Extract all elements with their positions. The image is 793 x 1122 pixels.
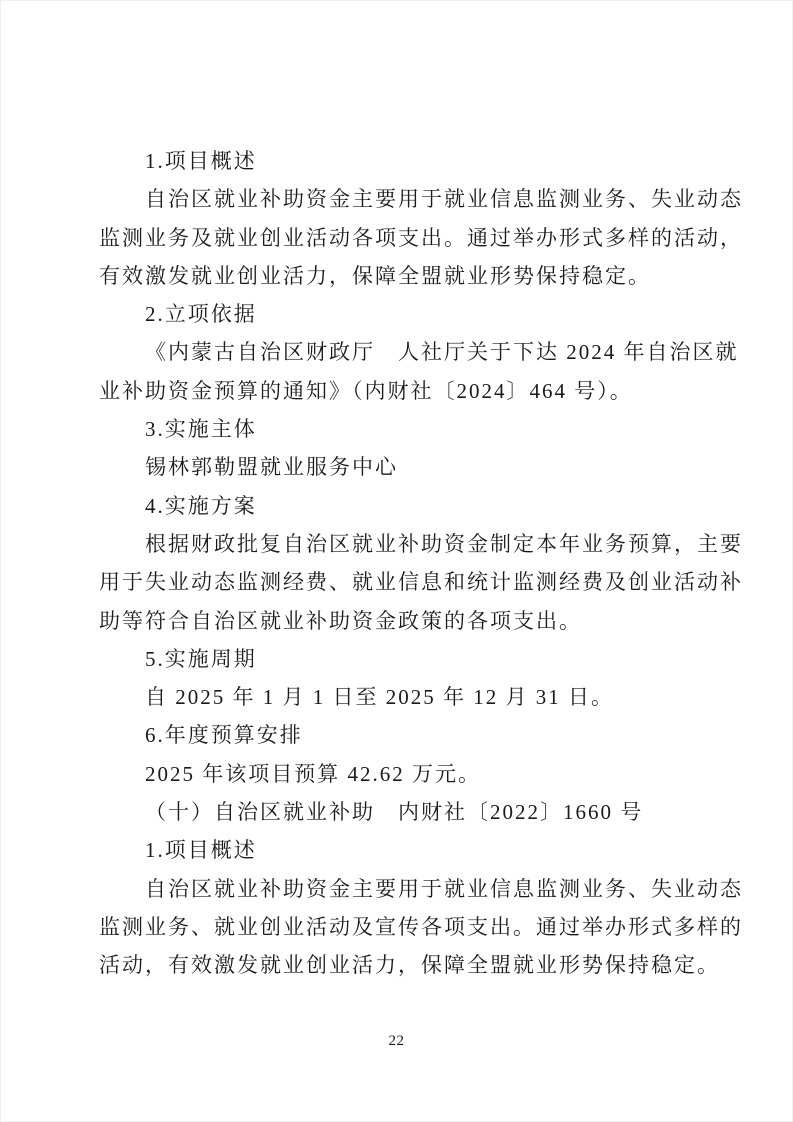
text-line: 业补助资金预算的通知》（内财社〔2024〕464 号）。 (99, 372, 749, 410)
text-line: 《内蒙古自治区财政厅 人社厅关于下达 2024 年自治区就 (99, 333, 749, 371)
text-line: 根据财政批复自治区就业补助资金制定本年业务预算，主要 (99, 525, 749, 563)
text-line: 1.项目概述 (99, 142, 749, 180)
text-line: 助等符合自治区就业补助资金政策的各项支出。 (99, 602, 749, 640)
text-line: 活动，有效激发就业创业活力，保障全盟就业形势保持稳定。 (99, 946, 749, 984)
text-line: 有效激发就业创业活力，保障全盟就业形势保持稳定。 (99, 257, 749, 295)
text-line: 监测业务及就业创业活动各项支出。通过举办形式多样的活动， (99, 219, 749, 257)
text-line: 3.实施主体 (99, 410, 749, 448)
text-line: 6.年度预算安排 (99, 716, 749, 754)
document-page: 1.项目概述自治区就业补助资金主要用于就业信息监测业务、失业动态监测业务及就业创… (0, 0, 793, 1122)
document-body: 1.项目概述自治区就业补助资金主要用于就业信息监测业务、失业动态监测业务及就业创… (99, 142, 749, 985)
text-line: 自治区就业补助资金主要用于就业信息监测业务、失业动态 (99, 180, 749, 218)
text-line: 锡林郭勒盟就业服务中心 (99, 448, 749, 486)
text-line: 1.项目概述 (99, 831, 749, 869)
text-line: 用于失业动态监测经费、就业信息和统计监测经费及创业活动补 (99, 563, 749, 601)
page-number: 22 (389, 1033, 405, 1049)
text-line: 2025 年该项目预算 42.62 万元。 (99, 755, 749, 793)
text-line: （十）自治区就业补助 内财社〔2022〕1660 号 (99, 793, 749, 831)
page-footer: 22 (1, 1032, 792, 1050)
text-line: 5.实施周期 (99, 640, 749, 678)
text-line: 自 2025 年 1 月 1 日至 2025 年 12 月 31 日。 (99, 678, 749, 716)
text-line: 2.立项依据 (99, 295, 749, 333)
text-line: 自治区就业补助资金主要用于就业信息监测业务、失业动态 (99, 870, 749, 908)
text-line: 4.实施方案 (99, 487, 749, 525)
text-line: 监测业务、就业创业活动及宣传各项支出。通过举办形式多样的 (99, 908, 749, 946)
